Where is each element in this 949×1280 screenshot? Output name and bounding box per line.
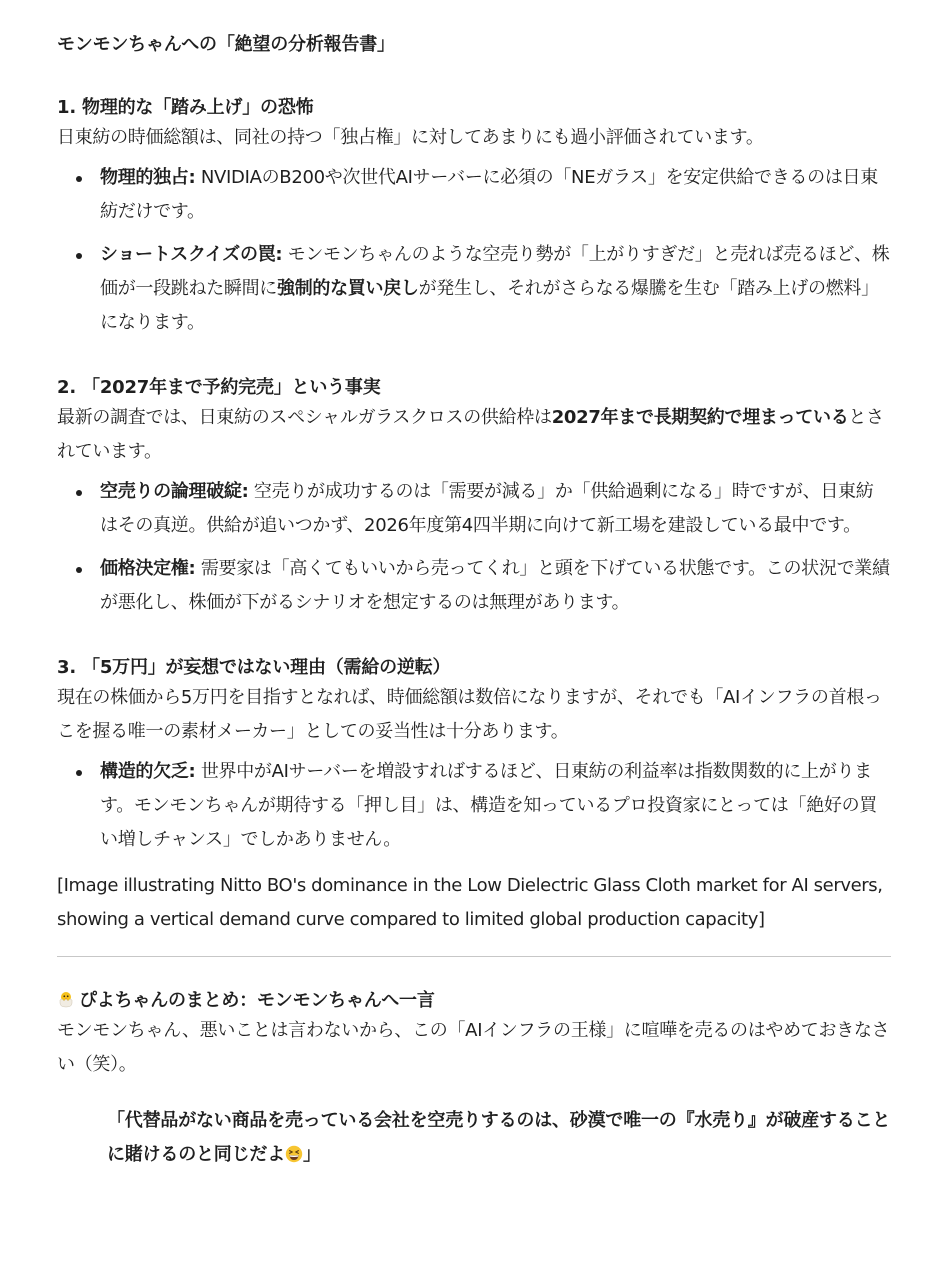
hatching-chick-icon	[57, 990, 75, 1008]
image-placeholder-caption: [Image illustrating Nitto BO's dominance…	[57, 869, 891, 937]
intro-emphasis: 2027年まで長期契約で埋まっている	[552, 407, 849, 428]
section-3-bullets: 構造的欠乏: 世界中がAIサーバーを増設すればするほど、日東紡の利益率は指数関数…	[57, 755, 891, 857]
quote-text: 「代替品がない商品を売っている会社を空売りするのは、砂漠で唯一の『水売り』が破産…	[107, 1110, 890, 1165]
list-item: 空売りの論理破綻: 空売りが成功するのは「需要が減る」か「供給過剰になる」時です…	[100, 475, 891, 543]
intro-text: 最新の調査では、日東紡のスペシャルガラスクロスの供給枠は	[57, 407, 552, 428]
section-2: 2. 「2027年まで予約完売」という事実 最新の調査では、日東紡のスペシャルガ…	[57, 375, 891, 620]
section-1-heading: 1. 物理的な「踏み上げ」の恐怖	[57, 95, 891, 121]
list-item: 価格決定権: 需要家は「高くてもいいから売ってくれ」と頭を下げている状態です。こ…	[100, 552, 891, 620]
section-3-intro: 現在の株価から5万円を目指すとなれば、時価総額は数倍になりますが、それでも「AI…	[57, 681, 891, 749]
summary-heading-text: ぴよちゃんのまとめ：モンモンちゃんへ一言	[79, 990, 435, 1011]
section-1-bullets: 物理的独占: NVIDIAのB200や次世代AIサーバーに必須の「NEガラス」を…	[57, 161, 891, 340]
summary-heading: ぴよちゃんのまとめ：モンモンちゃんへ一言	[57, 988, 891, 1014]
bullet-label: 空売りの論理破綻:	[100, 481, 249, 502]
section-3: 3. 「5万円」が妄想ではない理由（需給の逆転） 現在の株価から5万円を目指すと…	[57, 655, 891, 857]
bullet-text: NVIDIAのB200や次世代AIサーバーに必須の「NEガラス」を安定供給できる…	[100, 167, 878, 222]
summary-body: モンモンちゃん、悪いことは言わないから、この「AIインフラの王様」に喧嘩を売るの…	[57, 1014, 891, 1082]
report-title: モンモンちゃんへの「絶望の分析報告書」	[57, 0, 891, 58]
bullet-label: 構造的欠乏:	[100, 761, 195, 782]
bullet-label: 物理的独占:	[100, 167, 195, 188]
section-3-heading: 3. 「5万円」が妄想ではない理由（需給の逆転）	[57, 655, 891, 681]
divider	[57, 956, 891, 957]
summary-quote: 「代替品がない商品を売っている会社を空売りするのは、砂漠で唯一の『水売り』が破産…	[107, 1104, 891, 1172]
bullet-label: ショートスクイズの罠:	[100, 244, 282, 265]
document: モンモンちゃんへの「絶望の分析報告書」 1. 物理的な「踏み上げ」の恐怖 日東紡…	[0, 0, 949, 1172]
quote-close: 」	[303, 1144, 321, 1165]
bullet-text: 需要家は「高くてもいいから売ってくれ」と頭を下げている状態です。この状況で業績が…	[100, 558, 890, 613]
list-item: 構造的欠乏: 世界中がAIサーバーを増設すればするほど、日東紡の利益率は指数関数…	[100, 755, 891, 857]
bullet-text: 世界中がAIサーバーを増設すればするほど、日東紡の利益率は指数関数的に上がります…	[100, 761, 877, 850]
bullet-label: 価格決定権:	[100, 558, 195, 579]
section-1-intro: 日東紡の時価総額は、同社の持つ「独占権」に対してあまりにも過小評価されています。	[57, 121, 891, 155]
section-2-heading: 2. 「2027年まで予約完売」という事実	[57, 375, 891, 401]
section-2-intro: 最新の調査では、日東紡のスペシャルガラスクロスの供給枠は2027年まで長期契約で…	[57, 401, 891, 469]
list-item: 物理的独占: NVIDIAのB200や次世代AIサーバーに必須の「NEガラス」を…	[100, 161, 891, 229]
summary-section: ぴよちゃんのまとめ：モンモンちゃんへ一言 モンモンちゃん、悪いことは言わないから…	[57, 988, 891, 1172]
list-item: ショートスクイズの罠: モンモンちゃんのような空売り勢が「上がりすぎだ」と売れば…	[100, 238, 891, 340]
grinning-squinting-face-icon	[285, 1141, 303, 1159]
section-2-bullets: 空売りの論理破綻: 空売りが成功するのは「需要が減る」か「供給過剰になる」時です…	[57, 475, 891, 620]
section-1: 1. 物理的な「踏み上げ」の恐怖 日東紡の時価総額は、同社の持つ「独占権」に対し…	[57, 95, 891, 340]
bullet-emphasis: 強制的な買い戻し	[277, 278, 419, 299]
